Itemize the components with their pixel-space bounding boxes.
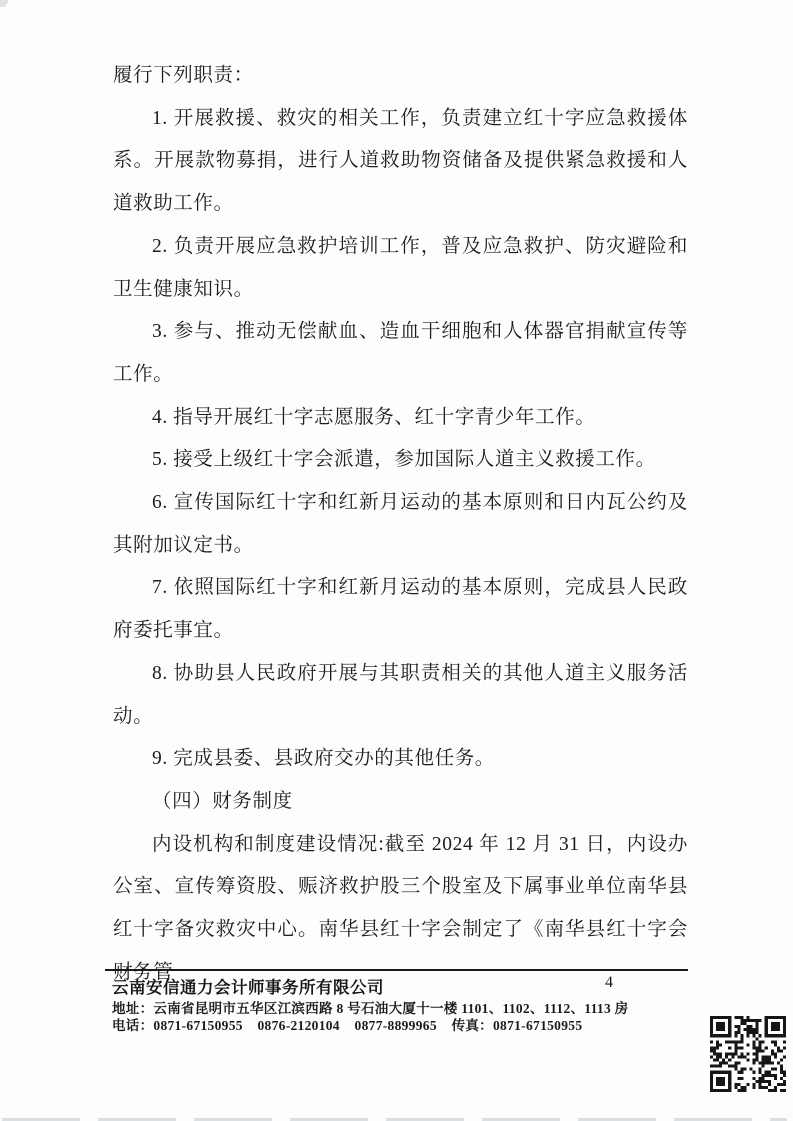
firm-name: 云南安信通力会计师事务所有限公司 <box>112 974 384 998</box>
document-page: 履行下列职责： 1. 开展救援、救灾的相关工作，负责建立红十字应急救援体系。开展… <box>0 0 793 1121</box>
body-paragraph-item-4: 4. 指导开展红十字志愿服务、红十字青少年工作。 <box>113 397 688 440</box>
report-body: 履行下列职责： 1. 开展救援、救灾的相关工作，负责建立红十字应急救援体系。开展… <box>113 55 688 994</box>
body-paragraph-item-2: 2. 负责开展应急救护培训工作，普及应急救护、防灾避险和卫生健康知识。 <box>113 226 688 311</box>
body-paragraph-continuation: 履行下列职责： <box>113 55 688 98</box>
footer-divider <box>105 969 688 971</box>
body-paragraph-item-5: 5. 接受上级红十字会派遣，参加国际人道主义救援工作。 <box>113 439 688 482</box>
body-paragraph-item-1: 1. 开展救援、救灾的相关工作，负责建立红十字应急救援体系。开展款物募捐，进行人… <box>113 98 688 226</box>
qr-code <box>710 1016 786 1092</box>
scan-corner-artifact <box>0 0 9 7</box>
body-paragraph-item-6: 6. 宣传国际红十字和红新月运动的基本原则和日内瓦公约及其附加议定书。 <box>113 482 688 567</box>
body-paragraph-item-3: 3. 参与、推动无偿献血、造血干细胞和人体器官捐献宣传等工作。 <box>113 311 688 396</box>
body-paragraph-item-7: 7. 依照国际红十字和红新月运动的基本原则，完成县人民政府委托事宜。 <box>113 567 688 652</box>
section-heading-finance-system: （四）财务制度 <box>113 781 688 824</box>
body-paragraph-item-9: 9. 完成县委、县政府交办的其他任务。 <box>113 738 688 781</box>
footer-phone: 电话：0871-67150955 0876-2120104 0877-88999… <box>112 1014 582 1034</box>
body-paragraph-item-8: 8. 协助县人民政府开展与其职责相关的其他人道主义服务活动。 <box>113 653 688 738</box>
page-number: 4 <box>605 974 613 992</box>
